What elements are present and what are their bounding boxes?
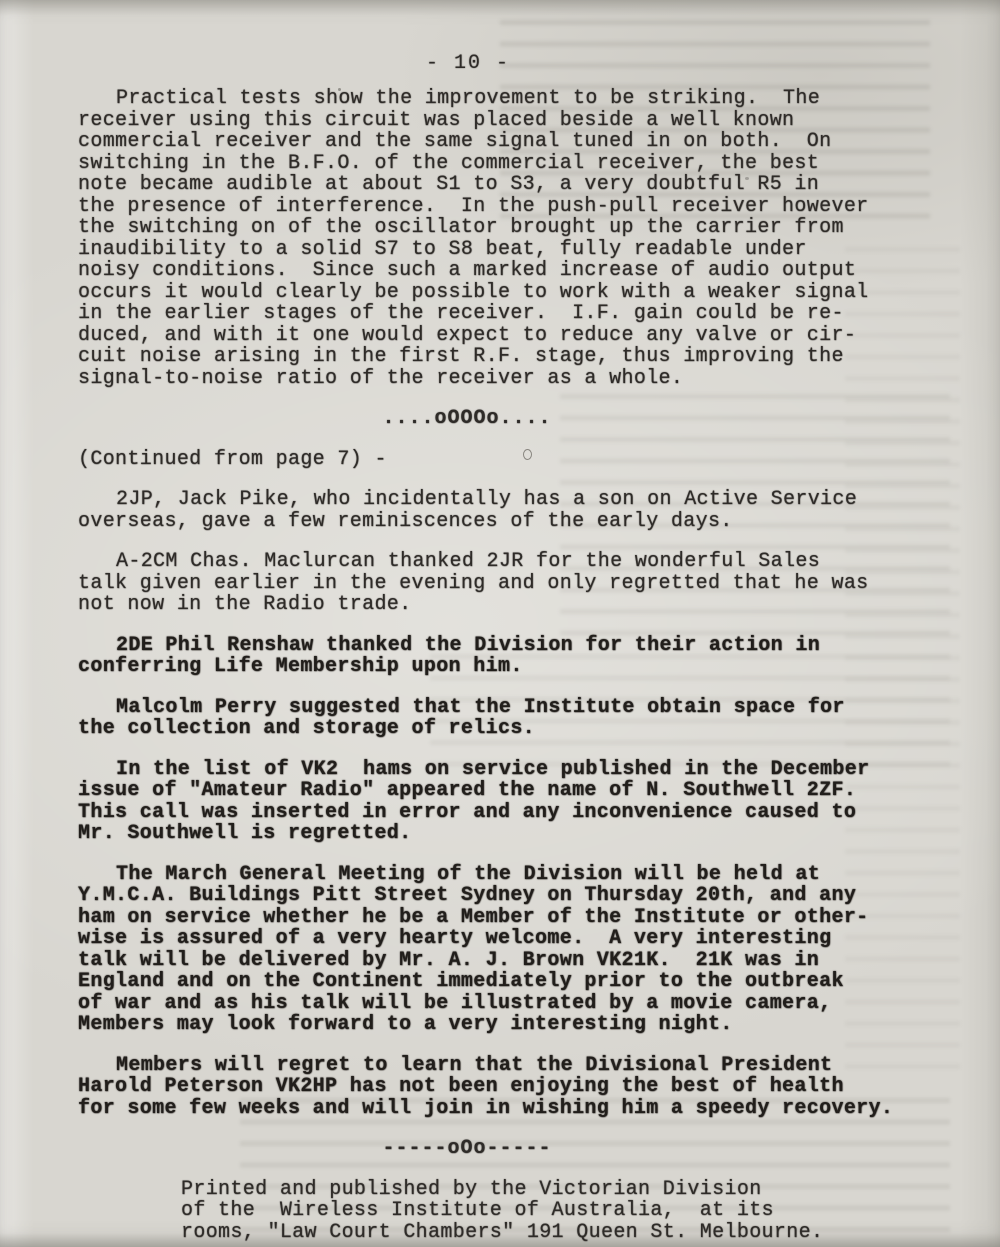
- paragraph-renshaw: 2DE Phil Renshaw thanked the Division fo…: [78, 635, 926, 678]
- ornament-break: -----oOo-----: [78, 1138, 926, 1160]
- paragraph-southwell-correction: In the list of VK2 hams on service publi…: [78, 759, 926, 845]
- paragraph-practical-tests: Practical tests show the improvement to …: [78, 88, 926, 389]
- page-number: - 10 -: [0, 52, 968, 75]
- imprint: Printed and published by the Victorian D…: [78, 1179, 926, 1244]
- article-body: Practical tests show the improvement to …: [78, 88, 926, 1243]
- continuation-note: (Continued from page 7) -: [78, 449, 926, 471]
- paragraph-perry: Malcolm Perry suggested that the Institu…: [78, 697, 926, 740]
- ornament-break: ....oOOOo....: [78, 408, 926, 430]
- paragraph-march-meeting: The March General Meeting of the Divisio…: [78, 864, 926, 1036]
- paragraph-jack-pike: 2JP, Jack Pike, who incidentally has a s…: [78, 489, 926, 532]
- document-page: - 10 - Practical tests show the improvem…: [0, 0, 1000, 1247]
- paragraph-maclurcan: A-2CM Chas. Maclurcan thanked 2JR for th…: [78, 551, 926, 616]
- paragraph-president-health: Members will regret to learn that the Di…: [78, 1055, 926, 1120]
